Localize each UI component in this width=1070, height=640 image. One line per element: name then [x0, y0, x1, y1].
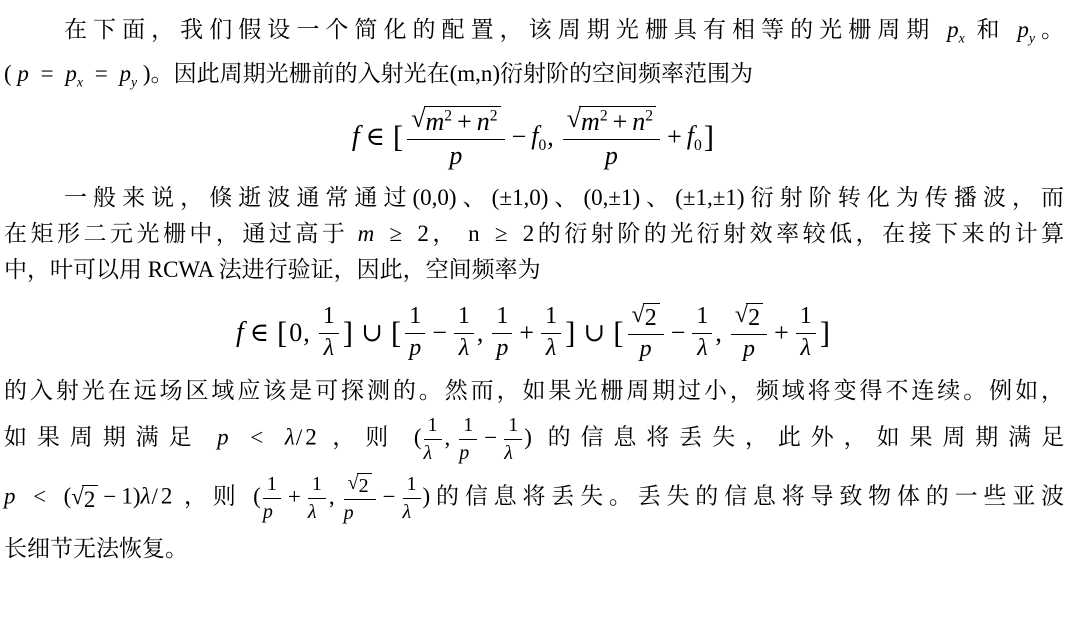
greater-equal-sign: ≥: [390, 221, 403, 246]
fraction-sqrt-m2-n2-over-p: √m2+n2 p: [563, 104, 660, 170]
fraction-numerator: 1: [504, 413, 522, 440]
less-than-sign: <: [250, 425, 263, 450]
math-num-2: 2: [305, 425, 317, 450]
body-text: 的衍射阶的光衍射效率较低，在接下来的计算: [534, 221, 1064, 246]
body-text: 中，叶可以用 RCWA 法进行验证，因此，空间频率为: [4, 257, 541, 282]
minus-sign: −: [383, 484, 396, 509]
math-p-sub-x: px: [947, 17, 965, 42]
paragraph-2-line-2: 在矩形二元光栅中，通过高于 m ≥ 2， n ≥ 2的衍射阶的光衍射效率较低，在…: [4, 216, 1064, 252]
square-root: √m2+n2: [567, 106, 656, 137]
fraction-sqrt-m2-n2-over-p: √m2+n2 p: [407, 104, 504, 170]
exponent-2: 2: [444, 107, 452, 124]
math-p-sub-x: px: [65, 61, 83, 86]
radicand: m2+n2: [424, 106, 501, 137]
math-var-p: p: [4, 484, 16, 509]
fraction-denominator: p: [263, 499, 281, 524]
radicand: 2: [643, 303, 660, 331]
math-var-n: n: [632, 107, 645, 136]
paragraph-2-line-1: 一般来说，倏逝波通常通过(0,0)、(±1,0)、(0,±1)、(±1,±1)衍…: [4, 180, 1064, 216]
square-root: √2: [71, 485, 98, 512]
equals-sign: =: [95, 61, 108, 86]
fraction-1-over-lambda: 1λ: [424, 413, 442, 465]
left-paren: (: [253, 484, 261, 509]
body-text: 一般来说，倏逝波通常通过(0,0)、(±1,0)、(0,±1)、(±1,±1)衍…: [64, 185, 1064, 210]
body-text: 在下面，我们假设一个简化的配置，该周期光栅具有相等的光栅周期: [64, 17, 935, 42]
plus-sign: +: [457, 107, 472, 136]
exponent-2: 2: [645, 107, 653, 124]
formula-spatial-frequency-range: f ∈ [ √m2+n2 p − f0 , √m2+n2 p + f0 ]: [4, 104, 1064, 170]
fraction-denominator: λ: [692, 334, 712, 363]
fraction-numerator: 1: [319, 303, 339, 334]
math-var-n: n: [468, 221, 480, 246]
fraction-1-over-p: 1p: [405, 303, 425, 362]
fraction-denominator: λ: [308, 499, 326, 524]
fraction-numerator: √2: [628, 302, 664, 334]
math-var-p: p: [947, 17, 959, 42]
radicand: m2+n2: [579, 106, 656, 137]
fraction-numerator: 1: [405, 303, 425, 334]
math-var-p: p: [65, 61, 77, 86]
math-f0: f0: [687, 121, 702, 154]
comma: ,: [715, 318, 722, 348]
comma: ,: [477, 318, 484, 348]
slash: /: [152, 484, 158, 509]
fraction-denominator: p: [628, 335, 664, 364]
right-paren: ): [143, 61, 151, 86]
fraction-denominator: p: [344, 500, 376, 525]
fraction-1-over-lambda: 1λ: [403, 472, 421, 524]
fraction-numerator: √2: [731, 302, 767, 334]
body-text: 长细节无法恢复。: [4, 536, 188, 561]
math-var-p: p: [217, 425, 229, 450]
math-num-2: 2: [417, 221, 429, 246]
math-var-p: p: [17, 61, 29, 86]
left-bracket: [: [613, 315, 623, 351]
fraction-numerator: √2: [344, 471, 376, 500]
fraction-1-over-lambda: 1λ: [504, 413, 522, 465]
fraction-1-over-lambda: 1λ: [541, 303, 561, 362]
fraction-1-over-lambda: 1λ: [796, 303, 816, 362]
math-var-m: m: [581, 107, 600, 136]
paragraph-3-line-4: 长细节无法恢复。: [4, 531, 1064, 567]
radicand: 2: [746, 303, 763, 331]
fraction-denominator: p: [492, 334, 512, 363]
plus-sign: +: [288, 484, 301, 509]
less-than-sign: <: [33, 484, 46, 509]
greater-equal-sign: ≥: [495, 221, 508, 246]
fraction-numerator: 1: [424, 413, 442, 440]
body-text: 。因此周期光栅前的入射光在(m,n)衍射阶的空间频率范围为: [151, 61, 753, 86]
fraction-1-over-lambda: 1λ: [454, 303, 474, 362]
body-text: 和: [977, 17, 1006, 42]
fraction-denominator: λ: [403, 499, 421, 524]
paragraph-3-line-1: 的入射光在远场区域应该是可探测的。然而，如果光栅周期过小，频域将变得不连续。例如…: [4, 373, 1064, 409]
minus-sign: −: [671, 318, 686, 348]
math-num-2: 2: [523, 221, 535, 246]
fraction-denominator: p: [405, 334, 425, 363]
fraction-denominator: p: [459, 440, 477, 465]
body-text: ，则: [184, 484, 242, 509]
fraction-denominator: p: [731, 335, 767, 364]
fraction-numerator: 1: [541, 303, 561, 334]
body-text: 的入射光在远场区域应该是可探测的。然而，如果光栅周期过小，频域将变得不连续。例如…: [4, 378, 1064, 403]
fraction-numerator: √m2+n2: [563, 104, 660, 140]
comma: ,: [445, 425, 451, 450]
fraction-denominator: λ: [454, 334, 474, 363]
fraction-numerator: 1: [459, 413, 477, 440]
paragraph-1-line-2: ( p = px = py )。因此周期光栅前的入射光在(m,n)衍射阶的空间频…: [4, 56, 1064, 92]
fraction-1-over-p: 1p: [263, 472, 281, 524]
fraction-denominator: λ: [541, 334, 561, 363]
right-bracket: ]: [565, 315, 575, 351]
radicand: 2: [357, 473, 372, 497]
fraction-sqrt2-over-p: √2p: [628, 302, 664, 363]
minus-sign: −: [512, 122, 527, 152]
math-var-m: m: [426, 107, 445, 136]
fraction-sqrt2-over-p: √2p: [344, 471, 376, 525]
exponent-2: 2: [490, 107, 498, 124]
comma: ,: [303, 318, 310, 348]
paragraph-2-line-3: 中，叶可以用 RCWA 法进行验证，因此，空间频率为: [4, 252, 1064, 288]
math-num-0: 0: [289, 318, 302, 348]
math-var-f: f: [687, 121, 694, 150]
plus-sign: +: [667, 122, 682, 152]
body-text: 的信息将丢失。丢失的信息将导致物体的一些亚波: [430, 484, 1064, 509]
body-text: ，则: [332, 425, 398, 450]
fraction-numerator: 1: [454, 303, 474, 334]
math-p-sub-y: py: [120, 61, 138, 86]
math-var-m: m: [358, 221, 375, 246]
left-paren: (: [414, 425, 422, 450]
union-sign: ∪: [583, 318, 605, 348]
fraction-denominator: λ: [424, 440, 442, 465]
math-var-p: p: [120, 61, 132, 86]
minus-sign: −: [432, 318, 447, 348]
comma: ,: [329, 484, 335, 509]
subscript-0: 0: [538, 137, 546, 154]
fraction-numerator: 1: [796, 303, 816, 334]
left-bracket: [: [391, 315, 401, 351]
paragraph-1-line-1: 在下面，我们假设一个简化的配置，该周期光栅具有相等的光栅周期 px 和 py。: [4, 12, 1064, 48]
fraction-1-over-p: 1p: [459, 413, 477, 465]
plus-sign: +: [613, 107, 628, 136]
fraction-numerator: 1: [403, 472, 421, 499]
comma: ,: [547, 122, 554, 152]
body-text: 。: [1035, 17, 1064, 42]
minus-sign: −: [103, 484, 116, 509]
left-bracket: [: [277, 315, 287, 351]
element-of-sign: ∈: [366, 122, 385, 152]
square-root: √2: [735, 303, 763, 331]
left-bracket: [: [393, 119, 403, 155]
math-f0: f0: [531, 121, 546, 154]
equals-sign: =: [41, 61, 54, 86]
right-paren: ): [133, 484, 141, 509]
slash: /: [296, 425, 302, 450]
math-var-lambda: λ: [141, 484, 151, 509]
math-var-lambda: λ: [285, 425, 295, 450]
right-bracket: ]: [343, 315, 353, 351]
exponent-2: 2: [600, 107, 608, 124]
fraction-denominator: λ: [319, 334, 339, 363]
math-num-1: 1: [121, 484, 133, 509]
math-num-2: 2: [161, 484, 173, 509]
right-bracket: ]: [820, 315, 830, 351]
math-var-f: f: [236, 317, 244, 349]
left-paren: (: [4, 61, 12, 86]
subscript-y: y: [131, 75, 137, 90]
fraction-numerator: √m2+n2: [407, 104, 504, 140]
fraction-denominator: λ: [504, 440, 522, 465]
square-root: √2: [348, 473, 372, 497]
fraction-sqrt2-over-p: √2p: [731, 302, 767, 363]
paragraph-3-line-3: p < (√2−1)λ/2 ，则 (1p+1λ,√2p−1λ)的信息将丢失。丢失…: [4, 471, 1064, 525]
subscript-x: x: [959, 31, 965, 46]
union-sign: ∪: [361, 318, 383, 348]
minus-sign: −: [484, 425, 497, 450]
body-text: ，: [429, 221, 459, 246]
math-var-n: n: [477, 107, 490, 136]
right-paren: ): [524, 425, 532, 450]
fraction-numerator: 1: [308, 472, 326, 499]
body-text: 的信息将丢失，此外，如果周期满足: [548, 425, 1065, 450]
fraction-numerator: 1: [263, 472, 281, 499]
body-text: 在矩形二元光栅中，通过高于: [4, 221, 348, 246]
square-root: √2: [632, 303, 660, 331]
document-page: 在下面，我们假设一个简化的配置，该周期光栅具有相等的光栅周期 px 和 py。 …: [0, 0, 1070, 640]
element-of-sign: ∈: [250, 318, 269, 348]
subscript-0: 0: [694, 137, 702, 154]
plus-sign: +: [519, 318, 534, 348]
square-root: √m2+n2: [411, 106, 500, 137]
plus-sign: +: [774, 318, 789, 348]
formula-spatial-frequency-union: f ∈ [ 0, 1λ ] ∪ [ 1p − 1λ , 1p + 1λ ] ∪ …: [4, 302, 1064, 363]
fraction-1-over-p: 1p: [492, 303, 512, 362]
math-p-sub-y: py: [1017, 17, 1035, 42]
body-text: 如果周期满足: [4, 425, 201, 450]
fraction-1-over-lambda: 1λ: [308, 472, 326, 524]
fraction-denominator-p: p: [563, 140, 660, 171]
right-bracket: ]: [704, 119, 714, 155]
fraction-1-over-lambda: 1λ: [319, 303, 339, 362]
fraction-numerator: 1: [692, 303, 712, 334]
fraction-denominator-p: p: [407, 140, 504, 171]
math-var-p: p: [1017, 17, 1029, 42]
subscript-x: x: [77, 75, 83, 90]
fraction-denominator: λ: [796, 334, 816, 363]
fraction-1-over-lambda: 1λ: [692, 303, 712, 362]
math-var-f: f: [352, 121, 360, 153]
fraction-numerator: 1: [492, 303, 512, 334]
paragraph-3-line-2: 如果周期满足 p < λ/2 ，则 (1λ,1p−1λ) 的信息将丢失，此外，如…: [4, 413, 1064, 465]
left-paren: (: [64, 484, 72, 509]
radicand: 2: [82, 485, 99, 512]
